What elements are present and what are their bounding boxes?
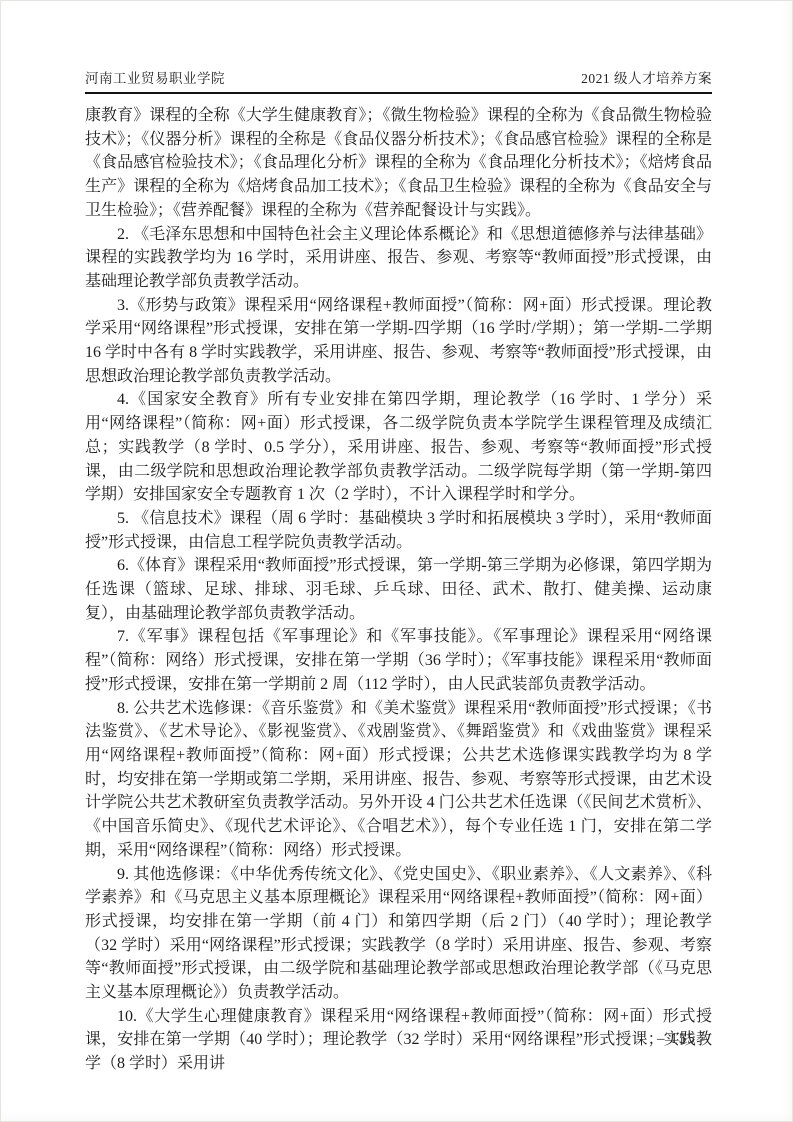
page-header: 河南工业贸易职业学院 2021 级人才培养方案 [85, 70, 712, 94]
page-footer: – 155 – [657, 1031, 709, 1048]
document-body: 康教育》课程的全称《大学生健康教育》；《微生物检验》课程的全称为《食品微生物检验… [85, 104, 712, 1076]
paragraph-item-6: 6.《体育》课程采用“教师面授”形式授课，第一学期-第三学期为必修课，第四学期为… [85, 554, 712, 625]
paragraph-item-3: 3.《形势与政策》课程采用“网络课程+教师面授”（简称：网+面）形式授课。理论教… [85, 294, 712, 389]
paragraph-item-10: 10.《大学生心理健康教育》课程采用“网络课程+教师面授”（简称：网+面）形式授… [85, 1005, 712, 1076]
page-number: – 155 – [657, 1031, 709, 1047]
school-name: 河南工业贸易职业学院 [85, 70, 225, 88]
document-page: 河南工业贸易职业学院 2021 级人才培养方案 康教育》课程的全称《大学生健康教… [0, 0, 793, 1122]
paragraph-continuation: 康教育》课程的全称《大学生健康教育》；《微生物检验》课程的全称为《食品微生物检验… [85, 104, 712, 223]
paragraph-item-5: 5. 《信息技术》课程（周 6 学时：基础模块 3 学时和拓展模块 3 学时），… [85, 507, 712, 554]
paragraph-item-8: 8. 公共艺术选修课：《音乐鉴赏》和《美术鉴赏》课程采用“教师面授”形式授课；《… [85, 697, 712, 863]
program-title: 2021 级人才培养方案 [581, 70, 712, 88]
paragraph-item-2: 2. 《毛泽东思想和中国特色社会主义理论体系概论》和《思想道德修养与法律基础》课… [85, 223, 712, 294]
paragraph-item-7: 7.《军事》课程包括《军事理论》和《军事技能》。《军事理论》课程采用“网络课程”… [85, 625, 712, 696]
paragraph-item-9: 9. 其他选修课：《中华优秀传统文化》、《党史国史》、《职业素养》、《人文素养》… [85, 863, 712, 1005]
paragraph-item-4: 4.《国家安全教育》所有专业安排在第四学期，理论教学（16 学时、1 学分）采用… [85, 388, 712, 507]
